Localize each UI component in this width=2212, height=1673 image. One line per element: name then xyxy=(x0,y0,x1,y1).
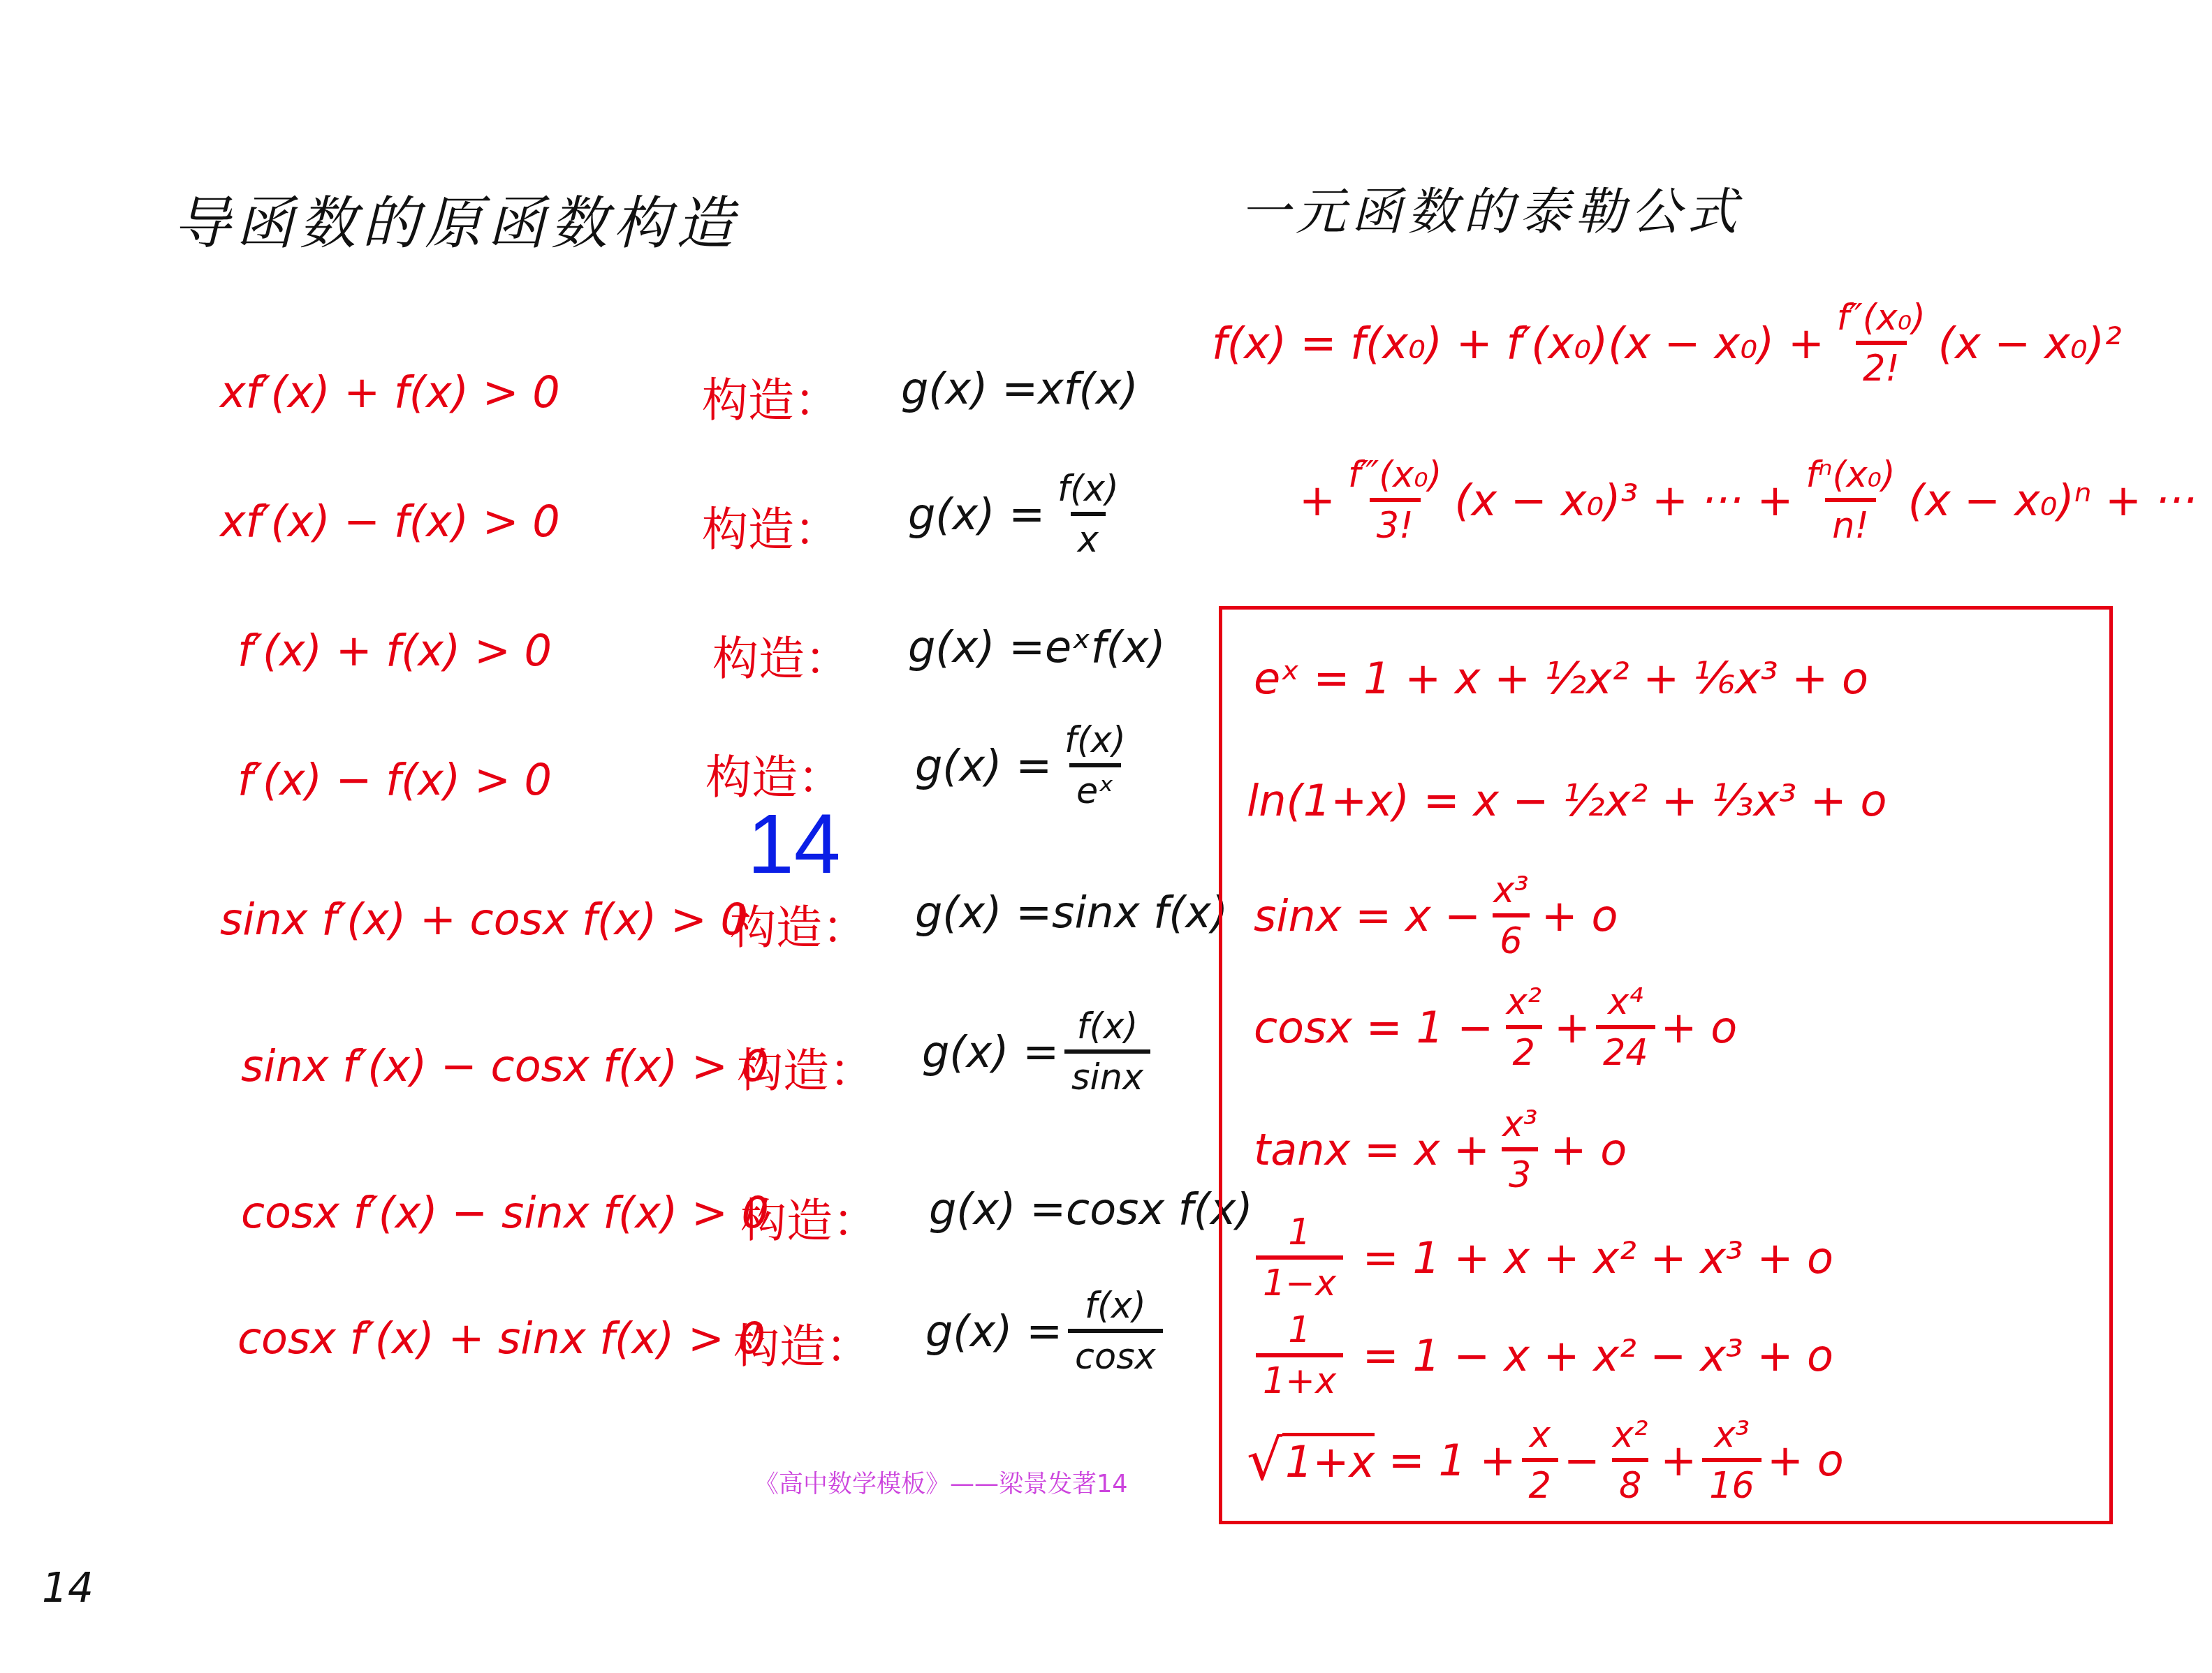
right-section-title: 一元函数的泰勒公式 xyxy=(1240,171,1743,244)
g-fraction: f(x)eˣ xyxy=(1057,719,1133,811)
taylor-third-order-tail: (x − x₀)³ + ··· + xyxy=(1454,475,1793,526)
taylor-second-order-fraction: f″(x₀)2! xyxy=(1830,297,1933,389)
page-number: 14 xyxy=(42,1564,94,1612)
series-lhs: tanx xyxy=(1254,1124,1350,1175)
series-rhs: = 1 + x + ½x² + ⅙x³ + o xyxy=(1313,653,1868,704)
series-lhs-fraction: 11+x xyxy=(1256,1309,1343,1401)
g-definition-7: g(x) = f(x)cosx xyxy=(925,1285,1169,1377)
series-rhs: = 1 + x + x² + x³ + o xyxy=(1363,1232,1833,1283)
g-prefix: g(x) = xyxy=(915,740,1052,791)
series-rhs-mid: + xyxy=(1554,1002,1590,1053)
series-rhs: = 1 − x + x² − x³ + o xyxy=(1363,1330,1833,1381)
series-cos: cosx = 1 − x²2 + x⁴24 + o xyxy=(1254,981,1737,1073)
construct-label-0: 构造： xyxy=(702,363,840,429)
construct-label-2: 构造： xyxy=(712,621,851,688)
taylor-nth-order-tail: (x − x₀)ⁿ + ··· xyxy=(1908,475,2197,526)
g-fraction: f(x)sinx xyxy=(1064,1005,1150,1098)
condition-0: xf′(x) + f(x) > 0 xyxy=(220,367,560,418)
construct-label-7: 构造： xyxy=(733,1309,872,1376)
series-geometric-minus: 11−x = 1 + x + x² + x³ + o xyxy=(1250,1211,1833,1304)
series-lhs: sinx xyxy=(1254,890,1342,941)
taylor-first-terms: f(x) = f(x₀) + f′(x₀)(x − x₀) + xyxy=(1212,318,1824,369)
series-lhs-fraction: 11−x xyxy=(1256,1211,1343,1304)
series-sqrt: √1+x = 1 + x2 − x²8 + x³16 + o xyxy=(1247,1414,1844,1506)
series-rhs: = 1 − xyxy=(1366,1002,1494,1053)
g-prefix: g(x) = xyxy=(925,1306,1062,1357)
series-fraction: x²8 xyxy=(1606,1414,1655,1506)
g-fraction: f(x)cosx xyxy=(1068,1285,1163,1377)
series-rhs-tail: + o xyxy=(1541,890,1618,941)
g-prefix: g(x) = xyxy=(929,1184,1066,1235)
condition-1: xf′(x) − f(x) > 0 xyxy=(220,496,560,547)
series-lhs: eˣ xyxy=(1254,653,1300,704)
g-definition-2: g(x) = eˣf(x) xyxy=(908,621,1166,672)
series-fraction: x2 xyxy=(1522,1414,1558,1506)
construct-label-5: 构造： xyxy=(737,1033,875,1100)
g-prefix: g(x) = xyxy=(908,621,1045,672)
series-rhs: = x − xyxy=(1355,890,1481,941)
taylor-nth-order-fraction: fⁿ(x₀)n! xyxy=(1799,454,1902,546)
series-rhs-mid: + xyxy=(1660,1435,1697,1486)
taylor-plus: + xyxy=(1299,475,1335,526)
g-prefix: g(x) = xyxy=(922,1026,1059,1077)
construct-label-6: 构造： xyxy=(740,1184,879,1250)
left-section-title: 导函数的原函数构造 xyxy=(173,178,739,260)
sqrt-icon: √ xyxy=(1247,1428,1282,1493)
series-lhs: cosx xyxy=(1254,1002,1352,1053)
g-definition-0: g(x) = xf(x) xyxy=(901,363,1138,414)
g-prefix: g(x) = xyxy=(908,489,1045,540)
series-fraction: x³6 xyxy=(1486,869,1535,961)
series-rhs-tail: + o xyxy=(1767,1435,1844,1486)
condition-3: f′(x) − f(x) > 0 xyxy=(237,754,552,805)
construct-label-1: 构造： xyxy=(702,492,840,559)
series-fraction: x³3 xyxy=(1495,1103,1544,1195)
g-definition-6: g(x) = cosx f(x) xyxy=(929,1184,1253,1235)
taylor-third-order-fraction: f‴(x₀)3! xyxy=(1341,454,1449,546)
series-fraction: x²2 xyxy=(1500,981,1548,1073)
series-rhs: = x + xyxy=(1364,1124,1490,1175)
series-rhs: = x − ½x² + ⅓x³ + o xyxy=(1423,775,1887,826)
series-geometric-plus: 11+x = 1 − x + x² − x³ + o xyxy=(1250,1309,1833,1401)
series-exp: eˣ = 1 + x + ½x² + ⅙x³ + o xyxy=(1254,653,1868,704)
series-lhs: ln(1+x) xyxy=(1247,775,1409,826)
series-rhs-tail: + o xyxy=(1551,1124,1627,1175)
watermark-text: 《高中数学模板》——梁景发著14 xyxy=(754,1465,1128,1500)
taylor-formula-line-1: f(x) = f(x₀) + f′(x₀)(x − x₀) + f″(x₀)2!… xyxy=(1212,297,2122,389)
g-expression: sinx f(x) xyxy=(1052,887,1228,938)
series-rhs-tail: + o xyxy=(1661,1002,1738,1053)
page-number-overlay: 14 xyxy=(747,796,840,892)
series-lhs: 1+x xyxy=(1282,1433,1375,1487)
condition-4: sinx f′(x) + cosx f(x) > 0 xyxy=(220,894,748,945)
g-expression: xf(x) xyxy=(1038,363,1138,414)
g-definition-4: g(x) = sinx f(x) xyxy=(915,887,1228,938)
g-definition-5: g(x) = f(x)sinx xyxy=(922,1005,1156,1098)
condition-5: sinx f′(x) − cosx f(x) > 0 xyxy=(241,1040,769,1091)
condition-2: f′(x) + f(x) > 0 xyxy=(237,625,552,676)
g-definition-1: g(x) = f(x)x xyxy=(908,468,1131,560)
taylor-formula-line-2: + f‴(x₀)3! (x − x₀)³ + ··· + fⁿ(x₀)n! (x… xyxy=(1299,454,2197,546)
construct-label-4: 构造： xyxy=(730,890,868,957)
series-rhs: = 1 + xyxy=(1389,1435,1516,1486)
series-fraction: x³16 xyxy=(1702,1414,1761,1506)
series-fraction: x⁴24 xyxy=(1596,981,1655,1073)
taylor-second-order-tail: (x − x₀)² xyxy=(1938,318,2122,369)
g-prefix: g(x) = xyxy=(915,887,1052,938)
series-tan: tanx = x + x³3 + o xyxy=(1254,1103,1627,1195)
g-expression: eˣf(x) xyxy=(1045,621,1166,672)
g-fraction: f(x)x xyxy=(1050,468,1126,560)
series-rhs-mid: − xyxy=(1564,1435,1600,1486)
g-prefix: g(x) = xyxy=(901,363,1038,414)
condition-7: cosx f′(x) + sinx f(x) > 0 xyxy=(237,1313,766,1364)
series-ln: ln(1+x) = x − ½x² + ⅓x³ + o xyxy=(1247,775,1887,826)
condition-6: cosx f′(x) − sinx f(x) > 0 xyxy=(241,1187,769,1238)
series-sin: sinx = x − x³6 + o xyxy=(1254,869,1618,961)
g-definition-3: g(x) = f(x)eˣ xyxy=(915,719,1138,811)
